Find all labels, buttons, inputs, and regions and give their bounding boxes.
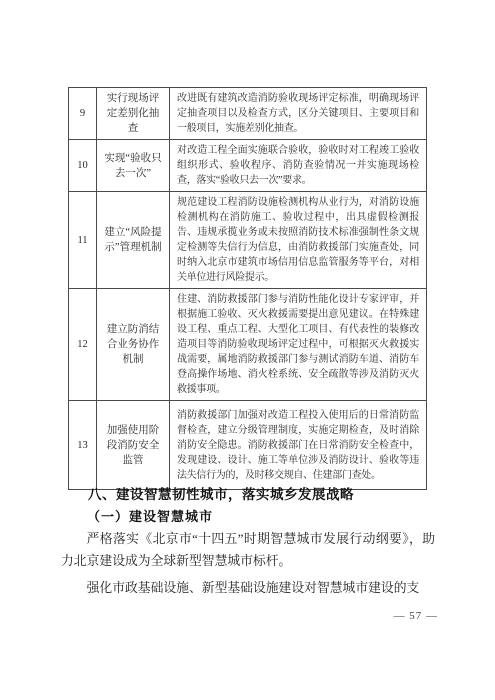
measures-table: 9实行现场评定差别化抽查改进既有建筑改造消防验收现场评定标准，明确现场评定抽查项… [68,87,427,490]
row-number: 13 [69,401,97,490]
row-description: 改进既有建筑改造消防验收现场评定标准，明确现场评定抽查项目以及检查方式，区分关键… [170,88,427,140]
row-number: 10 [69,140,97,192]
paragraph-2: 强化市政基础设施、新型基础设施建设对智慧城市建设的支 [61,577,435,599]
table-row: 10实现“验收只去一次”对改造工程全面实施联合验收，验收时对工程竣工验收组织形式… [69,140,427,192]
document-page: 9实行现场评定差别化抽查改进既有建筑改造消防验收现场评定标准，明确现场评定抽查项… [0,0,495,700]
table-row: 9实行现场评定差别化抽查改进既有建筑改造消防验收现场评定标准，明确现场评定抽查项… [69,88,427,140]
page-number: — 57 — [394,610,439,622]
row-number: 11 [69,192,97,289]
row-title: 建立“风险提示”管理机制 [97,192,170,289]
row-title: 加强使用阶段消防安全监管 [97,401,170,490]
table-row: 11建立“风险提示”管理机制规范建设工程消防设施检测机构从业行为，对消防设施检测… [69,192,427,289]
row-title: 实现“验收只去一次” [97,140,170,192]
row-title: 建立防消结合业务协作机制 [97,289,170,401]
paragraph-1: 严格落实《北京市“十四五”时期智慧城市发展行动纲要》，助力北京建设成为全球新型智… [61,528,435,572]
row-number: 9 [69,88,97,140]
row-description: 消防救援部门加强对改造工程投入使用后的日常消防监督检查，建立分级管理制度，实施定… [170,401,427,490]
subsection-heading: （一）建设智慧城市 [61,506,435,528]
row-description: 对改造工程全面实施联合验收，验收时对工程竣工验收组织形式、验收程序、消防查验情况… [170,140,427,192]
row-title: 实行现场评定差别化抽查 [97,88,170,140]
row-number: 12 [69,289,97,401]
measures-table-body: 9实行现场评定差别化抽查改进既有建筑改造消防验收现场评定标准，明确现场评定抽查项… [69,88,427,490]
row-description: 住建、消防救援部门参与消防性能化设计专家评审，并根据施工验收、灭火救援需要提出意… [170,289,427,401]
row-description: 规范建设工程消防设施检测机构从业行为，对消防设施检测机构在消防施工、验收过程中，… [170,192,427,289]
table-row: 12建立防消结合业务协作机制住建、消防救援部门参与消防性能化设计专家评审，并根据… [69,289,427,401]
section-smart-city: 八、建设智慧韧性城市，落实城乡发展战略 （一）建设智慧城市 严格落实《北京市“十… [61,484,435,599]
table-row: 13加强使用阶段消防安全监管消防救援部门加强对改造工程投入使用后的日常消防监督检… [69,401,427,490]
section-heading: 八、建设智慧韧性城市，落实城乡发展战略 [61,484,435,506]
